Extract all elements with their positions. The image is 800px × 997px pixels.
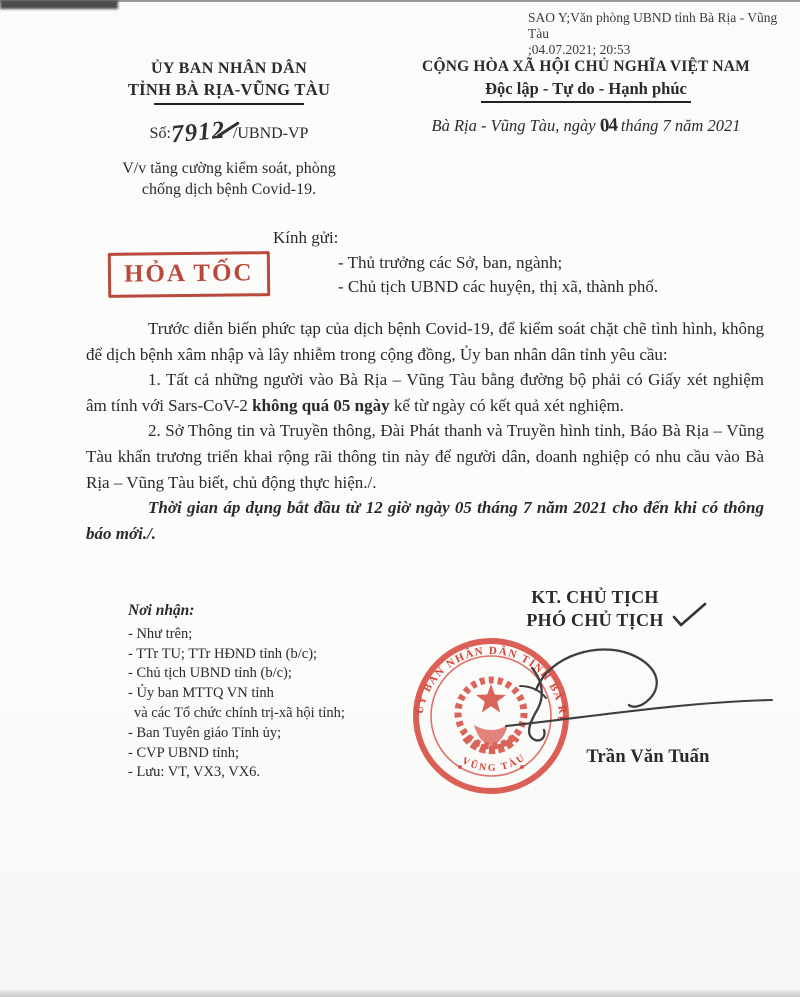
distribution-item: - Ủy ban MTTQ VN tỉnh	[128, 684, 345, 704]
recipient-list: - Thủ trưởng các Sở, ban, ngành; - Chủ t…	[338, 251, 658, 298]
issuer-name-line2: TỈNH BÀ RỊA-VŨNG TÀU	[68, 80, 390, 100]
subject-line2: chống dịch bệnh Covid-19.	[68, 179, 390, 201]
signature-checkmark	[672, 601, 708, 629]
copy-note-line1: SAO Y;Văn phòng UBND tỉnh Bà Rịa - Vũng …	[528, 10, 800, 42]
national-motto-line2: Độc lập - Tự do - Hạnh phúc	[481, 79, 691, 103]
distribution-item: - Lưu: VT, VX3, VX6.	[128, 763, 345, 783]
issuer-underline	[154, 103, 304, 105]
intro-paragraph: Trước diễn biến phức tạp của dịch bệnh C…	[86, 316, 764, 367]
document-number-prefix: Số:	[150, 125, 171, 142]
recipient-item: - Chủ tịch UBND các huyện, thị xã, thành…	[338, 275, 658, 299]
salutation: Kính gửi:	[273, 228, 338, 248]
urgency-stamp: HỎA TỐC	[108, 251, 270, 298]
distribution-item: - Chủ tịch UBND tỉnh (b/c);	[128, 664, 345, 684]
requirement-2-paragraph: 2. Sở Thông tin và Truyền thông, Đài Phá…	[86, 418, 764, 495]
requirement-1-post: kể từ ngày có kết quả xét nghiệm.	[390, 396, 624, 415]
subject-line1: V/v tăng cường kiểm soát, phòng	[68, 158, 390, 180]
handwritten-signature	[432, 626, 777, 756]
effective-time-paragraph: Thời gian áp dụng bắt đầu từ 12 giờ ngày…	[86, 495, 764, 546]
distribution-label: Nơi nhận:	[128, 601, 345, 621]
national-header-block: CỘNG HÒA XÃ HỘI CHỦ NGHĨA VIỆT NAM Độc l…	[390, 58, 782, 137]
requirement-1-bold: không quá 05 ngày	[252, 396, 389, 415]
requirement-1-paragraph: 1. Tất cả những người vào Bà Rịa – Vũng …	[86, 367, 764, 418]
date-suffix: tháng 7 năm 2021	[621, 116, 741, 135]
distribution-list: Nơi nhận: - Như trên; - TTr TU; TTr HĐND…	[128, 601, 345, 783]
document-subject: V/v tăng cường kiểm soát, phòng chống dị…	[68, 158, 390, 201]
date-day-handwritten: 04	[599, 115, 617, 138]
copy-note-line2: ;04.07.2021; 20:53	[528, 42, 800, 58]
distribution-item: - Ban Tuyên giáo Tỉnh ủy;	[128, 724, 345, 744]
recipient-item: - Thủ trưởng các Sở, ban, ngành;	[338, 251, 658, 275]
scan-edge-top	[0, 0, 800, 2]
distribution-item: - Như trên;	[128, 625, 345, 645]
signer-name: Trần Văn Tuấn	[528, 747, 768, 768]
scan-edge-top-left	[0, 0, 118, 9]
issuer-header-block: ỦY BAN NHÂN DÂN TỈNH BÀ RỊA-VŨNG TÀU Số:…	[68, 60, 390, 201]
document-body: Trước diễn biến phức tạp của dịch bệnh C…	[86, 316, 764, 546]
scan-edge-bottom	[0, 990, 800, 997]
national-motto-line1: CỘNG HÒA XÃ HỘI CHỦ NGHĨA VIỆT NAM	[390, 58, 782, 76]
scanned-official-document: SAO Y;Văn phòng UBND tỉnh Bà Rịa - Vũng …	[0, 0, 800, 997]
distribution-item: - TTr TU; TTr HĐND tỉnh (b/c);	[128, 645, 345, 665]
distribution-item: - CVP UBND tỉnh;	[128, 744, 345, 764]
document-number-line: Số:7912/UBND-VP	[68, 117, 390, 145]
distribution-item-continuation: và các Tổ chức chính trị-xã hội tỉnh;	[128, 704, 345, 724]
place-date-line: Bà Rịa - Vũng Tàu, ngày 04 tháng 7 năm 2…	[390, 115, 782, 137]
issuer-name-line1: ỦY BAN NHÂN DÂN	[68, 60, 390, 78]
certified-copy-note: SAO Y;Văn phòng UBND tỉnh Bà Rịa - Vũng …	[528, 10, 800, 58]
document-number-suffix: /UBND-VP	[233, 125, 309, 142]
date-prefix: Bà Rịa - Vũng Tàu, ngày	[432, 116, 596, 135]
